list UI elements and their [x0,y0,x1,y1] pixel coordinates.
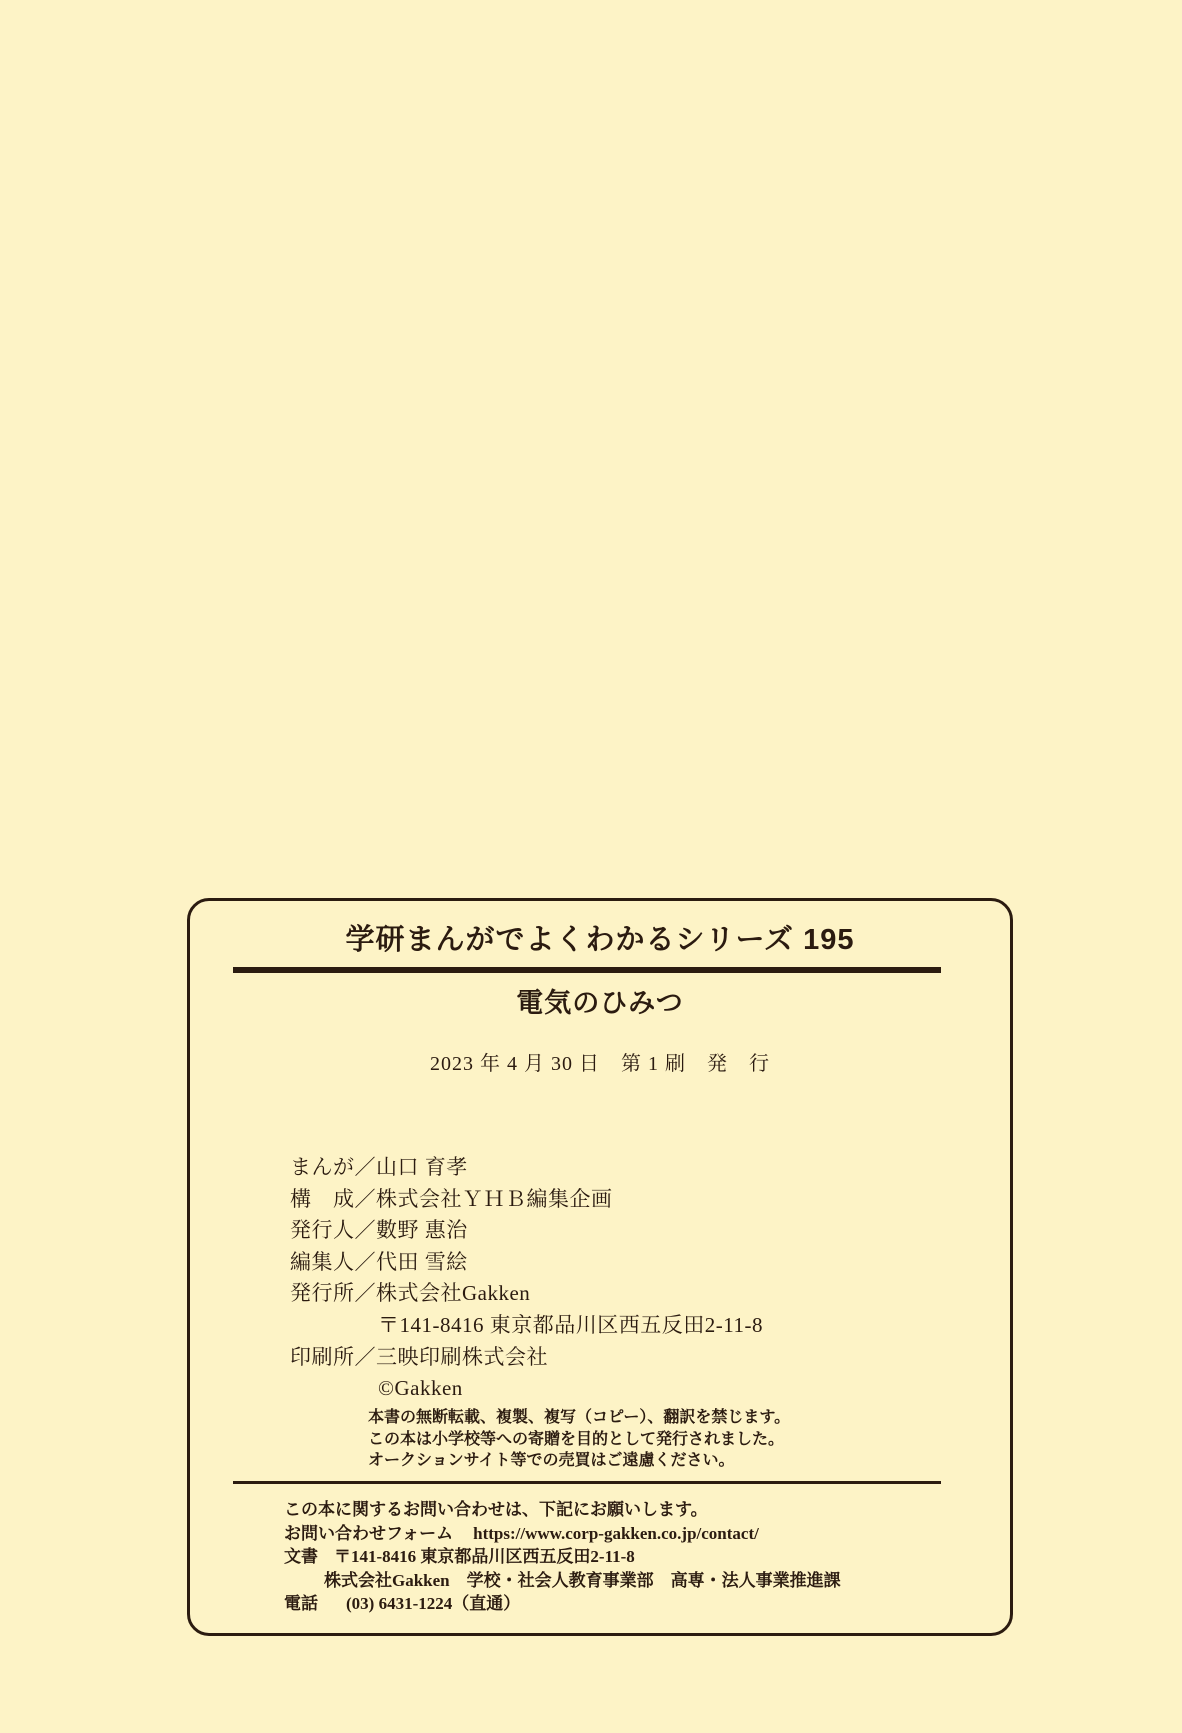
contact-divider-rule [233,1481,941,1484]
notice-line-donation-purpose: この本は小学校等への寄贈を目的として発行されました。 [368,1429,990,1451]
book-title: 電気のひみつ [190,986,1010,1020]
contact-mail-address: 〒141-8416 東京都品川区西五反田2-11-8 [334,1547,635,1566]
contact-mail-label: 文書 [284,1547,318,1566]
credit-line-henshunin: 編集人／代田 雪絵 [290,1247,980,1279]
credits-block: まんが／山口 育孝 構 成／株式会社ＹＨＢ編集企画 発行人／數野 惠治 編集人／… [290,1152,980,1405]
contact-form-label: お問い合わせフォーム [284,1524,453,1543]
contact-phone-number: (03) 6431-1224（直通） [346,1594,520,1613]
credit-line-kousei: 構 成／株式会社ＹＨＢ編集企画 [290,1184,980,1216]
series-title: 学研まんがでよくわかるシリーズ 195 [190,922,1010,958]
colophon-box: 学研まんがでよくわかるシリーズ 195 電気のひみつ 2023 年 4 月 30… [187,898,1013,1636]
credit-line-hakkousho: 発行所／株式会社Gakken [290,1278,980,1310]
print-date-line: 2023 年 4 月 30 日 第 1 刷 発 行 [190,1050,1010,1078]
contact-form-url: https://www.corp-gakken.co.jp/contact/ [473,1524,759,1543]
colophon-page: { "colors": { "background": "#fdf3c6", "… [0,0,1182,1733]
contact-form-line: お問い合わせフォームhttps://www.corp-gakken.co.jp/… [284,1522,990,1546]
contact-intro: この本に関するお問い合わせは、下記にお願いします。 [284,1498,990,1522]
contact-division: 株式会社Gakken 学校・社会人教育事業部 高専・法人事業推進課 [284,1569,990,1593]
copyright-line: ©Gakken [290,1373,980,1405]
notice-line-auction-warning: オークションサイト等での売買はご遠慮ください。 [368,1450,990,1472]
publisher-address: 〒141-8416 東京都品川区西五反田2-11-8 [290,1310,980,1342]
credit-line-hakkounin: 発行人／數野 惠治 [290,1215,980,1247]
credit-line-insatsusho: 印刷所／三映印刷株式会社 [290,1342,980,1374]
contact-mail-line: 文書〒141-8416 東京都品川区西五反田2-11-8 [284,1545,990,1569]
notice-block: 本書の無断転載、複製、複写（コピー）、翻訳を禁じます。 この本は小学校等への寄贈… [368,1407,990,1472]
credit-line-manga: まんが／山口 育孝 [290,1152,980,1184]
contact-phone-label: 電話 [284,1594,318,1613]
notice-line-copy-prohibition: 本書の無断転載、複製、複写（コピー）、翻訳を禁じます。 [368,1407,990,1429]
page-background: 学研まんがでよくわかるシリーズ 195 電気のひみつ 2023 年 4 月 30… [0,0,1182,1733]
title-divider-rule [233,967,941,973]
contact-phone-line: 電話(03) 6431-1224（直通） [284,1592,990,1616]
contact-block: この本に関するお問い合わせは、下記にお願いします。 お問い合わせフォームhttp… [284,1498,990,1616]
